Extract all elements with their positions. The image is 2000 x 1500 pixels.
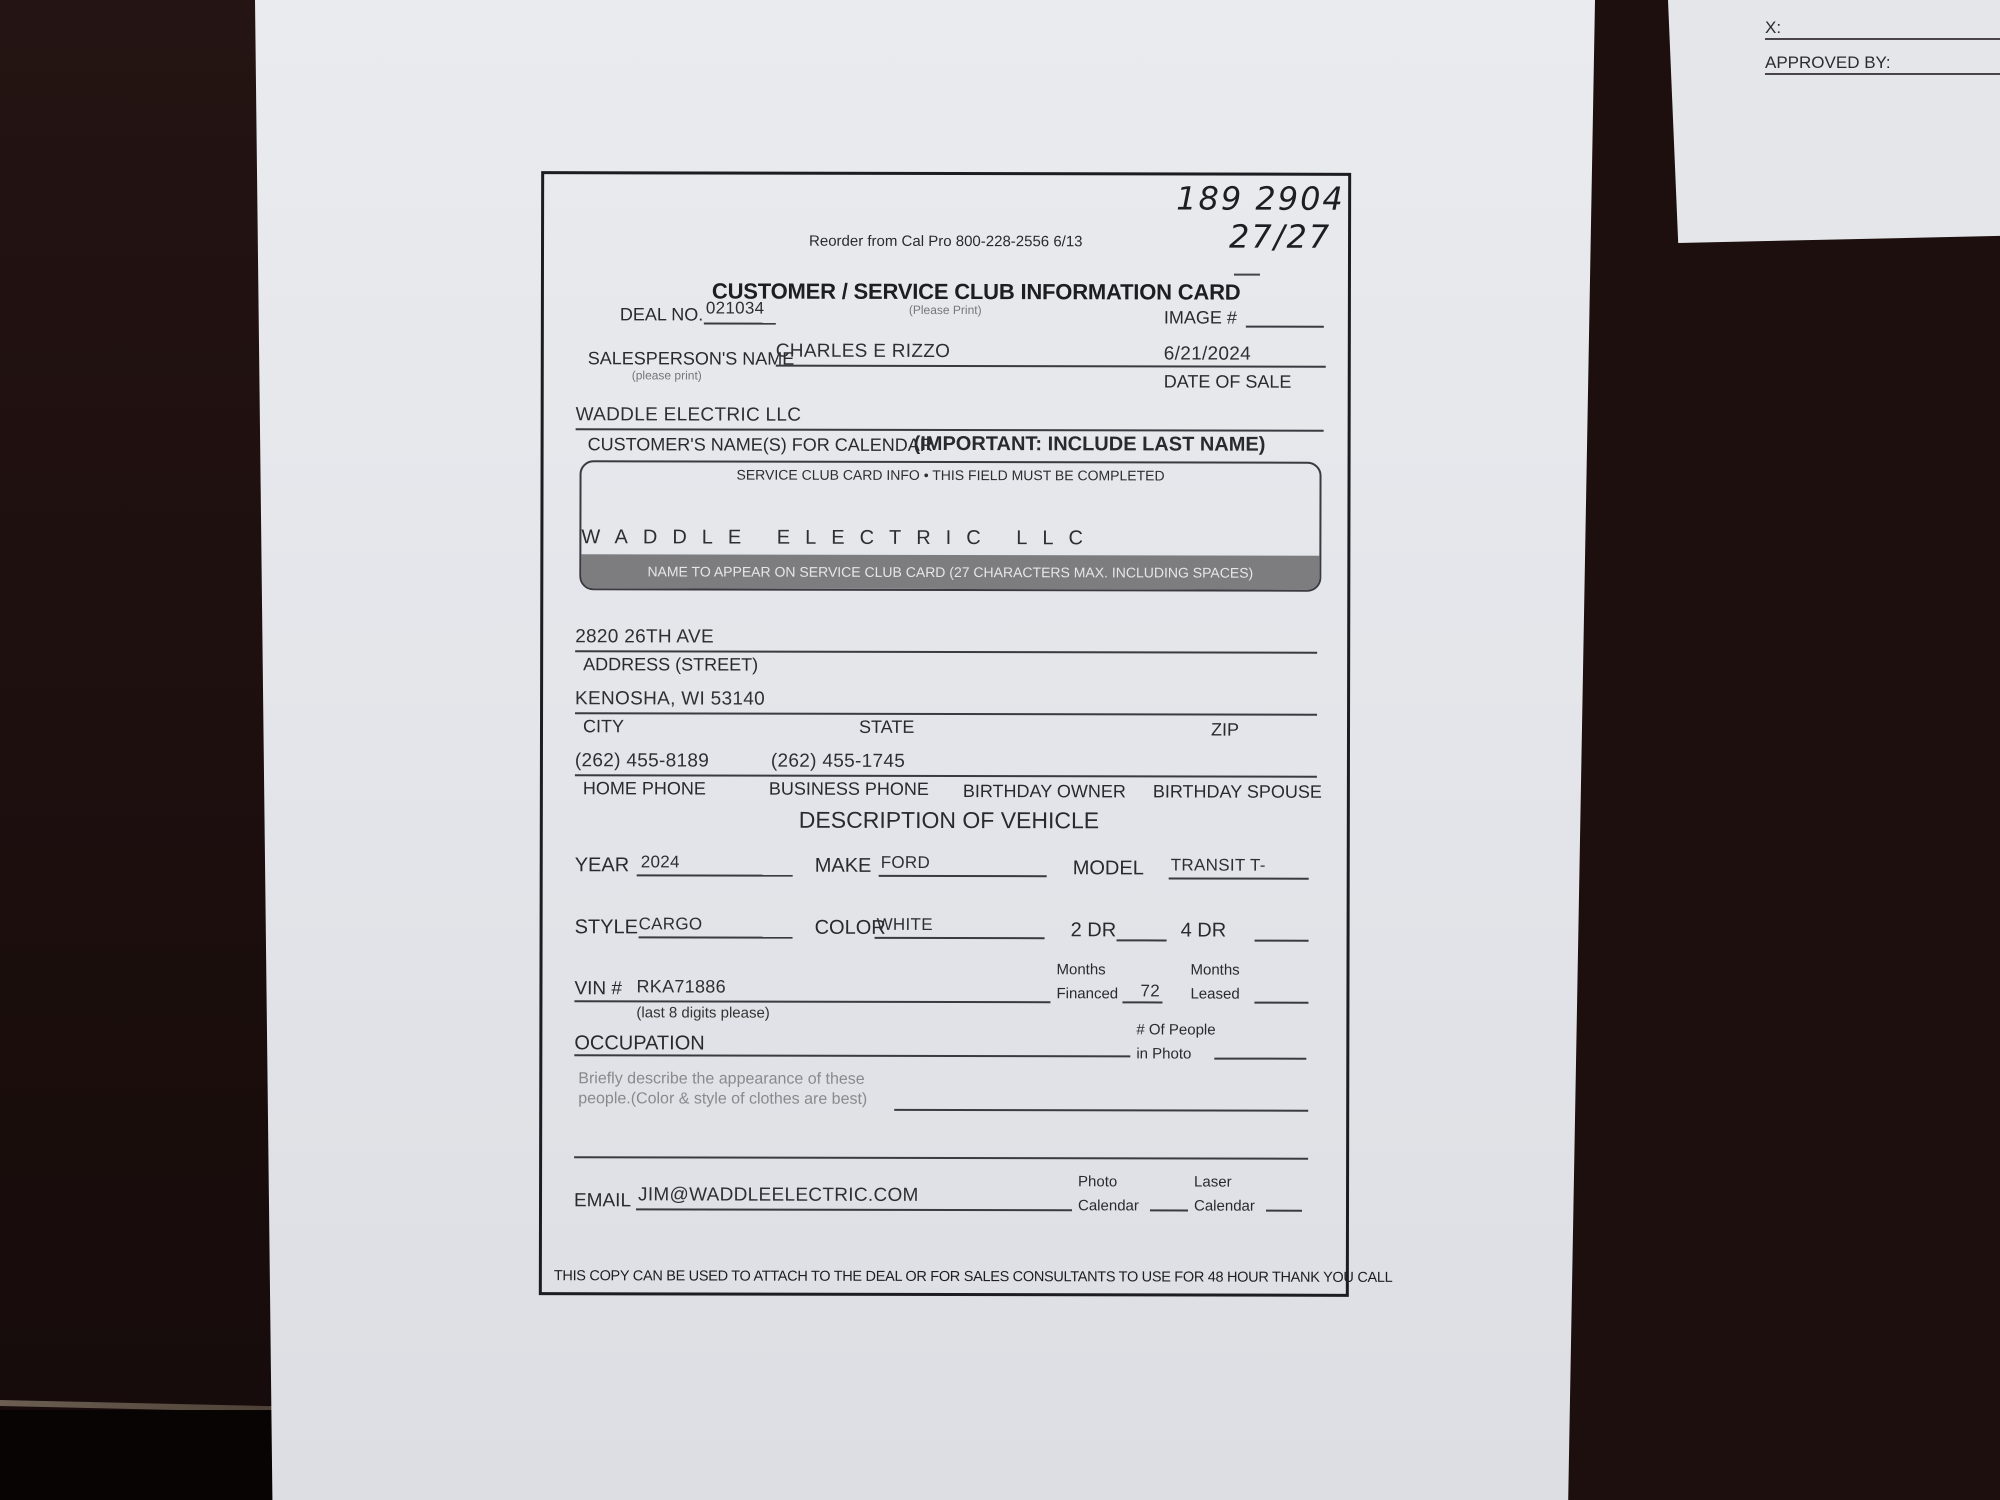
city-state-zip-line xyxy=(575,712,1317,715)
appearance-prompt-line1: Briefly describe the appearance of these xyxy=(578,1070,864,1089)
photo-calendar-label-top: Photo xyxy=(1078,1173,1117,1190)
date-of-sale-value[interactable]: 6/21/2024 xyxy=(1164,343,1251,365)
please-print-note: (Please Print) xyxy=(909,303,982,317)
handwritten-note-1: 189 2904 xyxy=(1176,179,1345,217)
salesperson-label: SALESPERSON'S NAME xyxy=(588,348,795,369)
make-value[interactable]: FORD xyxy=(881,853,930,873)
service-club-box[interactable]: SERVICE CLUB CARD INFO • THIS FIELD MUST… xyxy=(579,460,1321,592)
occupation-field[interactable] xyxy=(574,1054,1130,1057)
months-financed-label-top: Months xyxy=(1056,961,1105,978)
people-in-photo-label-bottom: in Photo xyxy=(1136,1045,1191,1062)
year-line xyxy=(637,874,793,876)
signature-line[interactable] xyxy=(1765,38,2000,40)
months-leased-label-bottom: Leased xyxy=(1190,986,1239,1003)
four-door-field[interactable] xyxy=(1255,940,1309,942)
important-note: (IMPORTANT: INCLUDE LAST NAME) xyxy=(914,433,1266,457)
address-line xyxy=(575,650,1317,653)
year-label: YEAR xyxy=(575,854,630,877)
handwritten-dash xyxy=(1234,274,1260,276)
approved-by-label: APPROVED BY: xyxy=(1765,53,1891,73)
reorder-info: Reorder from Cal Pro 800-228-2556 6/13 xyxy=(809,233,1083,251)
people-in-photo-field[interactable] xyxy=(1214,1058,1306,1060)
state-label: STATE xyxy=(859,717,914,738)
home-phone-label: HOME PHONE xyxy=(583,778,706,799)
make-label: MAKE xyxy=(815,855,872,878)
vin-line xyxy=(574,1000,1050,1002)
home-phone-value[interactable]: (262) 455-8189 xyxy=(575,750,709,772)
vin-label: VIN # xyxy=(574,978,622,1000)
vehicle-heading: DESCRIPTION OF VEHICLE xyxy=(799,807,1099,835)
deal-no-line xyxy=(704,322,776,324)
email-label: EMAIL xyxy=(574,1190,631,1212)
customer-name-label: CUSTOMER'S NAME(S) FOR CALENDAR xyxy=(588,434,933,456)
deal-no-label: DEAL NO. xyxy=(620,304,703,325)
birthday-spouse-label: BIRTHDAY SPOUSE xyxy=(1153,781,1322,802)
style-line xyxy=(639,936,793,938)
salesperson-hint: (please print) xyxy=(632,368,702,382)
deal-no-value[interactable]: 021034 xyxy=(706,298,765,318)
photo-calendar-field[interactable] xyxy=(1150,1209,1188,1211)
months-financed-value[interactable]: 72 xyxy=(1140,981,1160,1001)
birthday-owner-label: BIRTHDAY OWNER xyxy=(963,781,1126,802)
months-leased-field[interactable] xyxy=(1254,1002,1308,1004)
make-line xyxy=(879,875,1047,877)
style-value[interactable]: CARGO xyxy=(639,914,703,934)
side-document: X: APPROVED BY: xyxy=(1668,0,2000,243)
model-value[interactable]: TRANSIT T- xyxy=(1171,855,1266,875)
vin-value[interactable]: RKA71886 xyxy=(636,976,726,997)
months-financed-line xyxy=(1122,1001,1162,1003)
color-line xyxy=(875,937,1045,939)
salesperson-value[interactable]: CHARLES E RIZZO xyxy=(776,341,951,363)
photo-calendar-label-bottom: Calendar xyxy=(1078,1197,1139,1214)
months-financed-label-bottom: Financed xyxy=(1056,985,1118,1002)
phones-line xyxy=(575,774,1317,777)
model-label: MODEL xyxy=(1073,857,1144,880)
model-line xyxy=(1169,877,1309,879)
two-door-field[interactable] xyxy=(1117,939,1167,941)
color-value[interactable]: WHITE xyxy=(877,915,933,935)
appearance-prompt-line2: people.(Color & style of clothes are bes… xyxy=(578,1090,867,1109)
approved-by-line[interactable] xyxy=(1765,73,2000,75)
city-state-zip-value[interactable]: KENOSHA, WI 53140 xyxy=(575,688,765,710)
desk-shadow xyxy=(0,1410,275,1500)
date-of-sale-label: DATE OF SALE xyxy=(1164,371,1292,392)
desk-surface-left xyxy=(0,0,275,1500)
customer-info-card: 189 2904 27/27 Reorder from Cal Pro 800-… xyxy=(539,171,1351,1297)
email-value[interactable]: JIM@WADDLEELECTRIC.COM xyxy=(638,1184,919,1207)
four-door-label: 4 DR xyxy=(1181,919,1227,942)
months-leased-label-top: Months xyxy=(1190,962,1239,979)
business-phone-label: BUSINESS PHONE xyxy=(769,779,929,800)
image-no-label: IMAGE # xyxy=(1164,307,1237,328)
occupation-label: OCCUPATION xyxy=(574,1032,704,1055)
image-no-field[interactable] xyxy=(1246,326,1324,328)
appearance-field-1[interactable] xyxy=(894,1109,1308,1111)
address-value[interactable]: 2820 26TH AVE xyxy=(575,626,714,648)
business-phone-value[interactable]: (262) 455-1745 xyxy=(771,751,905,773)
service-club-name: WADDLE ELECTRIC LLC xyxy=(581,526,1098,550)
laser-calendar-label-top: Laser xyxy=(1194,1174,1232,1191)
laser-calendar-field[interactable] xyxy=(1266,1210,1302,1212)
email-line xyxy=(636,1208,1072,1210)
vin-hint: (last 8 digits please) xyxy=(636,1004,769,1021)
signature-label: X: xyxy=(1765,18,1781,38)
city-label: CITY xyxy=(583,716,624,737)
form-title: CUSTOMER / SERVICE CLUB INFORMATION CARD xyxy=(712,279,1241,306)
customer-name-value[interactable]: WADDLE ELECTRIC LLC xyxy=(576,404,802,426)
customer-name-line xyxy=(576,428,1324,431)
laser-calendar-label-bottom: Calendar xyxy=(1194,1198,1255,1215)
year-value[interactable]: 2024 xyxy=(641,852,680,872)
two-door-label: 2 DR xyxy=(1071,919,1117,942)
footer-note: THIS COPY CAN BE USED TO ATTACH TO THE D… xyxy=(554,1268,1393,1286)
people-in-photo-label-top: # Of People xyxy=(1136,1021,1215,1038)
service-club-band: NAME TO APPEAR ON SERVICE CLUB CARD (27 … xyxy=(581,554,1319,590)
service-club-header: SERVICE CLUB CARD INFO • THIS FIELD MUST… xyxy=(582,466,1320,484)
handwritten-note-2: 27/27 xyxy=(1229,218,1331,256)
style-label: STYLE xyxy=(575,916,638,939)
appearance-field-2[interactable] xyxy=(574,1156,1308,1159)
zip-label: ZIP xyxy=(1211,720,1239,741)
address-label: ADDRESS (STREET) xyxy=(583,654,758,675)
